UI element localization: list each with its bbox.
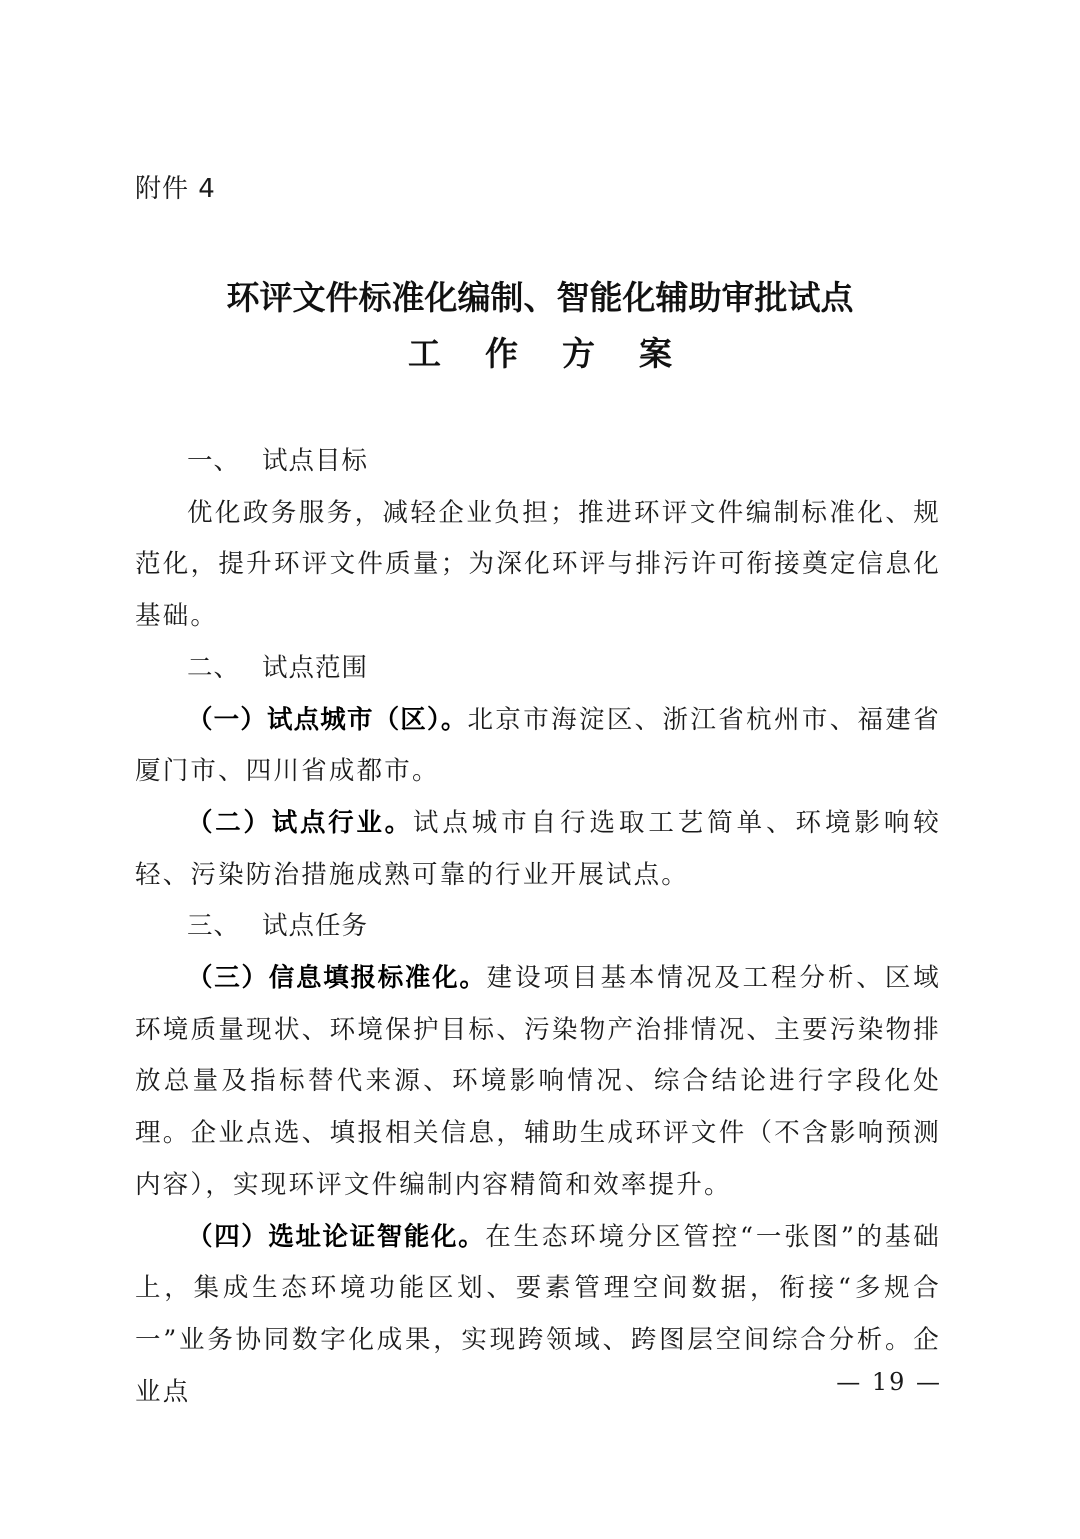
section-title: 试点目标 [262,446,368,476]
paragraph-lead: （四）选址论证智能化。 [187,1222,485,1252]
section-number: 三、 [187,911,240,941]
section-title: 试点任务 [262,911,368,941]
document-title-line2: 工作方案 [0,328,1080,375]
paragraph-text: 建设项目基本情况及工程分析、区域环境质量现状、环境保护目标、污染物产治排情况、主… [135,963,941,1200]
paragraph: （二）试点行业。试点城市自行选取工艺简单、环境影响较轻、污染防治措施成熟可靠的行… [135,798,941,901]
paragraph-lead: （一）试点城市（区）。 [187,705,468,735]
paragraph-lead: （二）试点行业。 [187,808,413,838]
paragraph: （三）信息填报标准化。建设项目基本情况及工程分析、区域环境质量现状、环境保护目标… [135,953,941,1212]
paragraph: （一）试点城市（区）。北京市海淀区、浙江省杭州市、福建省厦门市、四川省成都市。 [135,695,941,798]
section-heading-1: 一、试点目标 [135,436,941,488]
document-body: 一、试点目标 优化政务服务，减轻企业负担；推进环评文件编制标准化、规范化，提升环… [135,436,941,1418]
paragraph-text: 优化政务服务，减轻企业负担；推进环评文件编制标准化、规范化，提升环评文件质量；为… [135,498,941,631]
section-heading-3: 三、试点任务 [135,901,941,953]
document-title-line1: 环评文件标准化编制、智能化辅助审批试点 [0,272,1080,319]
paragraph: 优化政务服务，减轻企业负担；推进环评文件编制标准化、规范化，提升环评文件质量；为… [135,488,941,643]
section-heading-2: 二、试点范围 [135,643,941,695]
section-number: 一、 [187,446,240,476]
section-title: 试点范围 [262,653,368,683]
section-number: 二、 [187,653,240,683]
attachment-label: 附件 4 [135,168,216,205]
page-number: — 19 — [820,1368,942,1396]
paragraph-lead: （三）信息填报标准化。 [187,963,487,993]
